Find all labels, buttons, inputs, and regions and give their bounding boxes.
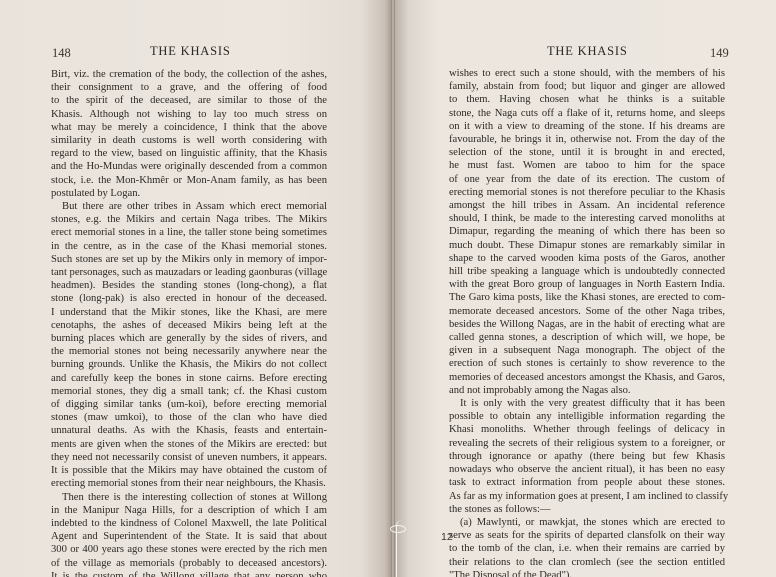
text-line: Khasi monoliths. Whether through feeling… [449,423,725,436]
text-line: to the tomb of the clan, i.e. when their… [449,542,725,555]
text-line: given in a subsequent Naga monograph. Th… [449,344,725,357]
text-line: family, abstain from food; but liquor an… [449,80,725,93]
text-line: memories of deceased ancestors amongst t… [449,371,725,384]
text-line: their relations to the clan cromlech (se… [449,556,725,569]
text-line: possible to obtain any intelligible info… [449,410,725,423]
text-line: similarity in death customs is well wort… [51,134,327,147]
right-page-body: wishes to erect such a stone should, wit… [449,67,725,577]
text-line: they need not necessarily consist of une… [51,451,327,464]
text-line: stone, the Naga cuts off a flake of it, … [449,107,725,120]
text-line: serve as seats for the spirits of depart… [449,529,725,542]
text-line: besides the Willong Nagas, are in the ha… [449,318,725,331]
text-line: indebted to the kindness of Colonel Maxw… [51,517,327,530]
text-line: Khasis. Although not wishing to lay too … [51,108,327,121]
text-line: and the Ho-Mundas were originally descen… [51,160,327,173]
text-line: ments are given when the stones of the M… [51,438,327,451]
text-line: shape to the carved wooden kima posts of… [449,252,725,265]
left-page: 148 THE KHASIS Birt, viz. the cremation … [0,0,393,577]
text-line: unnatural deaths. As with the Khasis, fe… [51,424,327,437]
binding-thread [396,520,407,577]
text-line: Then there is the interesting collection… [51,491,327,504]
text-line: much doubt. These Dimapur stones are rem… [449,239,725,252]
text-line: and carefully keep the bones in stone ca… [51,372,327,385]
left-page-body: Birt, viz. the cremation of the body, th… [51,68,327,577]
text-line: It is only with the very greatest diffic… [449,397,725,410]
book-gutter [391,0,395,577]
text-line: Such stones are set up by the Mikirs onl… [51,253,327,266]
text-line: of one year from the date of its erectio… [449,173,725,186]
text-line: selection of the stone, until it is brou… [449,146,725,159]
text-line: through ignorance or apathy (there being… [449,450,725,463]
text-line: task to extract information from people … [449,476,725,489]
text-line: the stones as follows:— [449,503,725,516]
text-line: regard to the view, based on linguistic … [51,147,327,160]
text-line: amongst the hill tribes in Assam. An inc… [449,199,725,212]
running-header-left: THE KHASIS [150,44,231,59]
text-line: what may be merely a coincidence, I thin… [51,121,327,134]
text-line: erection of such stones is certainly to … [449,357,725,370]
text-line: Dimapur, regarding the meaning of which … [449,225,725,238]
text-line: stones, e.g. the Mikirs and certain Naga… [51,213,327,226]
text-line: But there are other tribes in Assam whic… [51,200,327,213]
text-line: "The Disposal of the Dead"). [449,569,725,577]
signature-mark: 12 [441,531,453,543]
text-line: should, I think, be made to the interest… [449,212,725,225]
text-line: he must fast. Women are taboo to him for… [449,159,725,172]
page-number-right: 149 [710,46,729,61]
text-line: in the Manipur Naga Hills, for a descrip… [51,504,327,517]
text-line: The Garo kima posts, like the Khasi ston… [449,291,725,304]
text-line: and not improbably among the Nagas also. [449,384,725,397]
text-line: memorial stones, they dig a small tank; … [51,385,327,398]
text-line: memorate deceased ancestors. Some of the… [449,305,725,318]
text-line: called genna stones, a description of wh… [449,331,725,344]
text-line: cenotaphs, the ashes of deceased Mikirs … [51,319,327,332]
text-line: on it with a view to dreaming of the sto… [449,120,725,133]
text-line: wishes to erect such a stone should, wit… [449,67,725,80]
text-line: nowadays who observe the ancient ritual)… [449,463,725,476]
text-line: burning grounds. Unlike the Khasis, the … [51,358,327,371]
text-line: stock, i.e. the Mon-Khmêr or Mon-Anam fa… [51,174,327,187]
text-line: erect memorial stones in a line, the tal… [51,226,327,239]
text-line: I understand that the Mikir stones, like… [51,306,327,319]
text-line: Birt, viz. the cremation of the body, th… [51,68,327,81]
text-line: with the great Boro group of languages i… [449,278,725,291]
text-line: It is possible that the Mikirs may have … [51,464,327,477]
book-spread: 148 THE KHASIS Birt, viz. the cremation … [0,0,776,577]
text-line: in the centre, as in the case of the Kha… [51,240,327,253]
text-line: 300 or 400 years ago these stones were e… [51,543,327,556]
text-line: As far as my information goes at present… [449,490,725,503]
text-line: headmen). Besides the standing stones (l… [51,279,327,292]
text-line: the memorial stones not being necessaril… [51,345,327,358]
text-line: erecting memorial stones is not therefor… [449,186,725,199]
text-line: favourable, he brings it in, otherwise n… [449,133,725,146]
text-line: to them. Having chosen what he thinks is… [449,93,725,106]
text-line: erecting memorial stones from their near… [51,477,327,490]
text-line: revealing the secrets of their religious… [449,437,725,450]
page-number-left: 148 [52,46,71,61]
text-line: tant personages, such as mauzadars or le… [51,266,327,279]
text-line: (a) Mawlynti, or mawkjat, the stones whi… [449,516,725,529]
text-line: of digging similar tanks (um-koi), befor… [51,398,327,411]
text-line: of the village as memorials (probably to… [51,557,327,570]
text-line: hill tribe speaking a language which is … [449,265,725,278]
text-line: postulated by Logan. [51,187,327,200]
text-line: Agent and Superintendent of the State. I… [51,530,327,543]
text-line: their consignment to a grave, and the of… [51,81,327,94]
text-line: stones (maw umkoi), to those of the clan… [51,411,327,424]
text-line: burning places which are generally by th… [51,332,327,345]
text-line: to the spirit of the deceased, are simil… [51,94,327,107]
text-line: It is the custom of the Willong village … [51,570,327,577]
right-page: THE KHASIS 149 wishes to erect such a st… [393,0,776,577]
text-line: stone (long-pak) is also erected in hono… [51,292,327,305]
running-header-right: THE KHASIS [547,44,628,59]
